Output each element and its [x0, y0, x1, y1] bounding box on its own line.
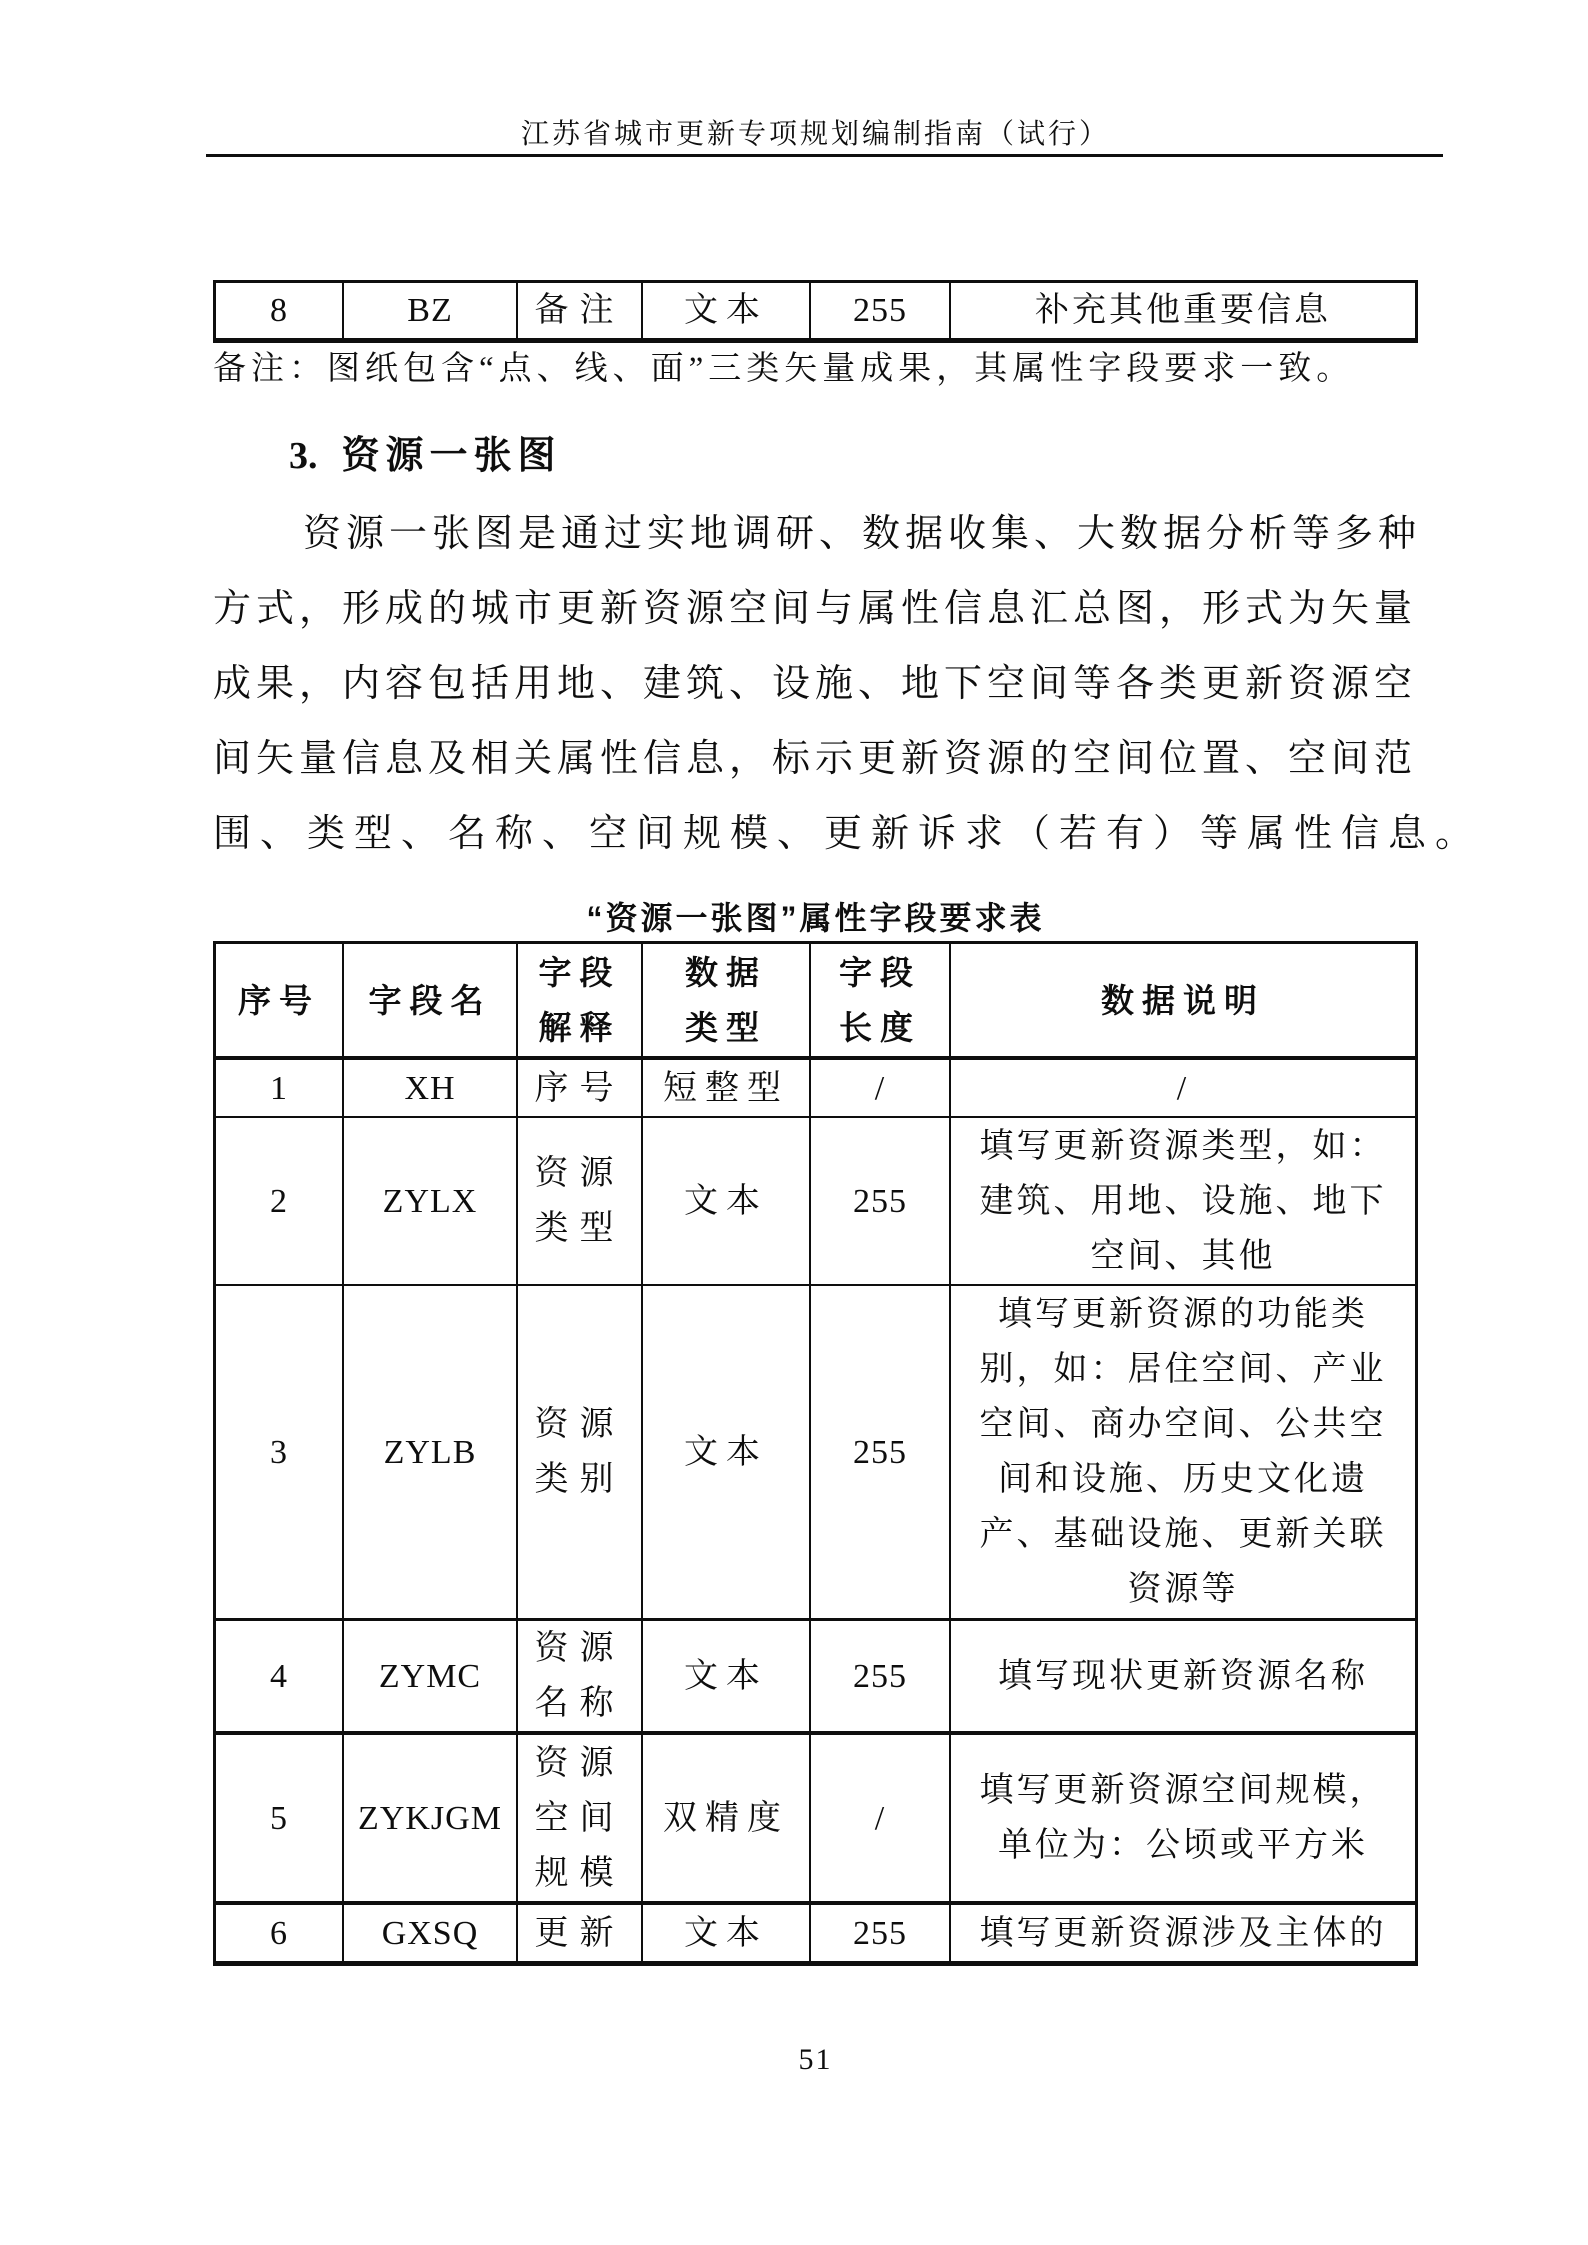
paragraph-line: 资源一张图是通过实地调研、数据收集、大数据分析等多种: [213, 497, 1418, 572]
cell-data-type: 文本: [643, 1621, 811, 1731]
cell-index: 6: [216, 1905, 344, 1961]
cell-field-length: /: [811, 1060, 951, 1116]
cell-data-type: 文本: [643, 283, 811, 338]
cell-index: 1: [216, 1060, 344, 1116]
table-row: 1 XH 序号 短整型 / /: [216, 1060, 1415, 1118]
cell-field-meaning: 序号: [518, 1060, 643, 1116]
paragraph-line: 间矢量信息及相关属性信息，标示更新资源的空间位置、空间范: [213, 722, 1418, 797]
cell-field-length: 255: [811, 1905, 951, 1961]
cell-data-type: 文本: [643, 1118, 811, 1284]
section-number: 3.: [289, 435, 318, 477]
cell-data-desc: /: [951, 1060, 1415, 1116]
cell-field-length: 255: [811, 283, 951, 338]
table-row: 8 BZ 备注 文本 255 补充其他重要信息: [216, 283, 1415, 338]
cell-index: 5: [216, 1735, 344, 1901]
cell-field-name: GXSQ: [344, 1905, 518, 1961]
table-footnote: 备注：图纸包含“点、线、面”三类矢量成果，其属性字段要求一致。: [213, 342, 1354, 389]
header-data-desc: 数据说明: [951, 944, 1415, 1056]
paragraph-line: 方式，形成的城市更新资源空间与属性信息汇总图，形式为矢量: [213, 572, 1418, 647]
cell-field-length: 255: [811, 1118, 951, 1284]
document-page: 江苏省城市更新专项规划编制指南（试行） 8 BZ 备注 文本 255 补充其他重…: [0, 0, 1588, 2245]
carryover-table: 8 BZ 备注 文本 255 补充其他重要信息: [213, 280, 1418, 343]
section-heading: 3.资源一张图: [289, 424, 562, 479]
cell-data-type: 双精度: [643, 1735, 811, 1901]
cell-field-length: 255: [811, 1621, 951, 1731]
header-field-meaning: 字段 解释: [518, 944, 643, 1056]
table-row: 3 ZYLB 资源 类别 文本 255 填写更新资源的功能类 别，如：居住空间、…: [216, 1286, 1415, 1621]
attr-table-title: “资源一张图”属性字段要求表: [213, 893, 1418, 939]
cell-field-length: 255: [811, 1286, 951, 1618]
cell-field-meaning: 资源 名称: [518, 1621, 643, 1731]
cell-index: 3: [216, 1286, 344, 1618]
header-field-length: 字段 长度: [811, 944, 951, 1056]
cell-data-type: 短整型: [643, 1060, 811, 1116]
cell-field-length: /: [811, 1735, 951, 1901]
doc-header-rule: [206, 154, 1443, 157]
cell-field-name: ZYLB: [344, 1286, 518, 1618]
cell-data-type: 文本: [643, 1286, 811, 1618]
table-row: 4 ZYMC 资源 名称 文本 255 填写现状更新资源名称: [216, 1621, 1415, 1735]
cell-field-name: ZYMC: [344, 1621, 518, 1731]
header-index: 序号: [216, 944, 344, 1056]
cell-index: 8: [216, 283, 344, 338]
cell-field-meaning: 更新: [518, 1905, 643, 1961]
section-title: 资源一张图: [342, 435, 562, 477]
cell-field-name: BZ: [344, 283, 518, 338]
cell-index: 2: [216, 1118, 344, 1284]
cell-data-desc: 填写更新资源的功能类 别，如：居住空间、产业 空间、商办空间、公共空 间和设施、…: [951, 1286, 1415, 1618]
table-row: 6 GXSQ 更新 文本 255 填写更新资源涉及主体的: [216, 1905, 1415, 1961]
cell-data-desc: 填写更新资源空间规模， 单位为：公顷或平方米: [951, 1735, 1415, 1901]
paragraph-line: 围、类型、名称、空间规模、更新诉求（若有）等属性信息。: [213, 797, 1418, 872]
header-data-type: 数据 类型: [643, 944, 811, 1056]
cell-data-type: 文本: [643, 1905, 811, 1961]
cell-data-desc: 填写更新资源类型，如： 建筑、用地、设施、地下 空间、其他: [951, 1118, 1415, 1284]
cell-index: 4: [216, 1621, 344, 1731]
cell-field-name: ZYLX: [344, 1118, 518, 1284]
header-field-name: 字段名: [344, 944, 518, 1056]
doc-header-title: 江苏省城市更新专项规划编制指南（试行）: [213, 112, 1418, 152]
cell-field-name: ZYKJGM: [344, 1735, 518, 1901]
cell-field-meaning: 备注: [518, 283, 643, 338]
page-number: 51: [213, 2043, 1418, 2077]
cell-field-name: XH: [344, 1060, 518, 1116]
cell-field-meaning: 资源 空间 规模: [518, 1735, 643, 1901]
cell-data-desc: 补充其他重要信息: [951, 283, 1415, 338]
cell-data-desc: 填写更新资源涉及主体的: [951, 1905, 1415, 1961]
paragraph-line: 成果，内容包括用地、建筑、设施、地下空间等各类更新资源空: [213, 647, 1418, 722]
attr-table: 序号 字段名 字段 解释 数据 类型 字段 长度 数据说明: [213, 941, 1418, 1966]
table-header-row: 序号 字段名 字段 解释 数据 类型 字段 长度 数据说明: [216, 944, 1415, 1060]
table-row: 2 ZYLX 资源 类型 文本 255 填写更新资源类型，如： 建筑、用地、设施…: [216, 1118, 1415, 1286]
body-paragraph: 资源一张图是通过实地调研、数据收集、大数据分析等多种 方式，形成的城市更新资源空…: [213, 497, 1418, 872]
cell-field-meaning: 资源 类别: [518, 1286, 643, 1618]
table-row: 5 ZYKJGM 资源 空间 规模 双精度 / 填写更新资源空间规模， 单位为：…: [216, 1735, 1415, 1905]
cell-field-meaning: 资源 类型: [518, 1118, 643, 1284]
cell-data-desc: 填写现状更新资源名称: [951, 1621, 1415, 1731]
